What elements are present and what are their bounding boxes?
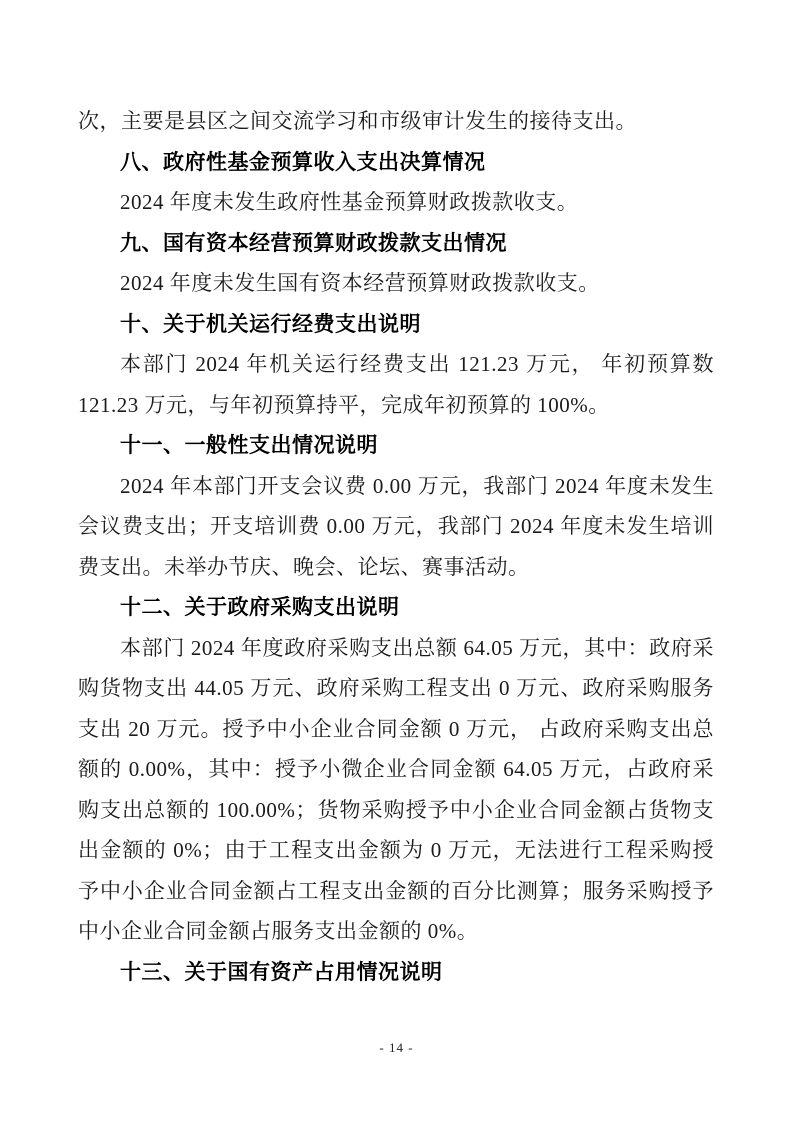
heading-section-13-state-asset-occupancy: 十三、关于国有资产占用情况说明: [78, 952, 714, 993]
heading-section-10-agency-operating-expense: 十、关于机关运行经费支出说明: [78, 304, 714, 345]
document-body: 次，主要是县区之间交流学习和市级审计发生的接待支出。 八、政府性基金预算收入支出…: [78, 101, 714, 992]
heading-section-11-general-expense: 十一、一般性支出情况说明: [78, 425, 714, 466]
page-number: - 14 -: [0, 1038, 793, 1058]
paragraph-government-fund-budget: 2024 年度未发生政府性基金预算财政拨款收支。: [78, 182, 714, 223]
paragraph-state-capital-budget: 2024 年度未发生国有资本经营预算财政拨款收支。: [78, 263, 714, 304]
heading-section-8-government-fund-budget: 八、政府性基金预算收入支出决算情况: [78, 142, 714, 183]
paragraph-general-expense: 2024 年本部门开支会议费 0.00 万元，我部门 2024 年度未发生会议费…: [78, 466, 714, 588]
document-page: 次，主要是县区之间交流学习和市级审计发生的接待支出。 八、政府性基金预算收入支出…: [0, 0, 793, 1122]
paragraph-government-procurement: 本部门 2024 年度政府采购支出总额 64.05 万元，其中：政府采购货物支出…: [78, 628, 714, 952]
heading-section-12-government-procurement: 十二、关于政府采购支出说明: [78, 587, 714, 628]
paragraph-hospitality-expense-continuation: 次，主要是县区之间交流学习和市级审计发生的接待支出。: [78, 101, 714, 142]
paragraph-agency-operating-expense: 本部门 2024 年机关运行经费支出 121.23 万元， 年初预算数 121.…: [78, 344, 714, 425]
heading-section-9-state-capital-budget: 九、国有资本经营预算财政拨款支出情况: [78, 223, 714, 264]
